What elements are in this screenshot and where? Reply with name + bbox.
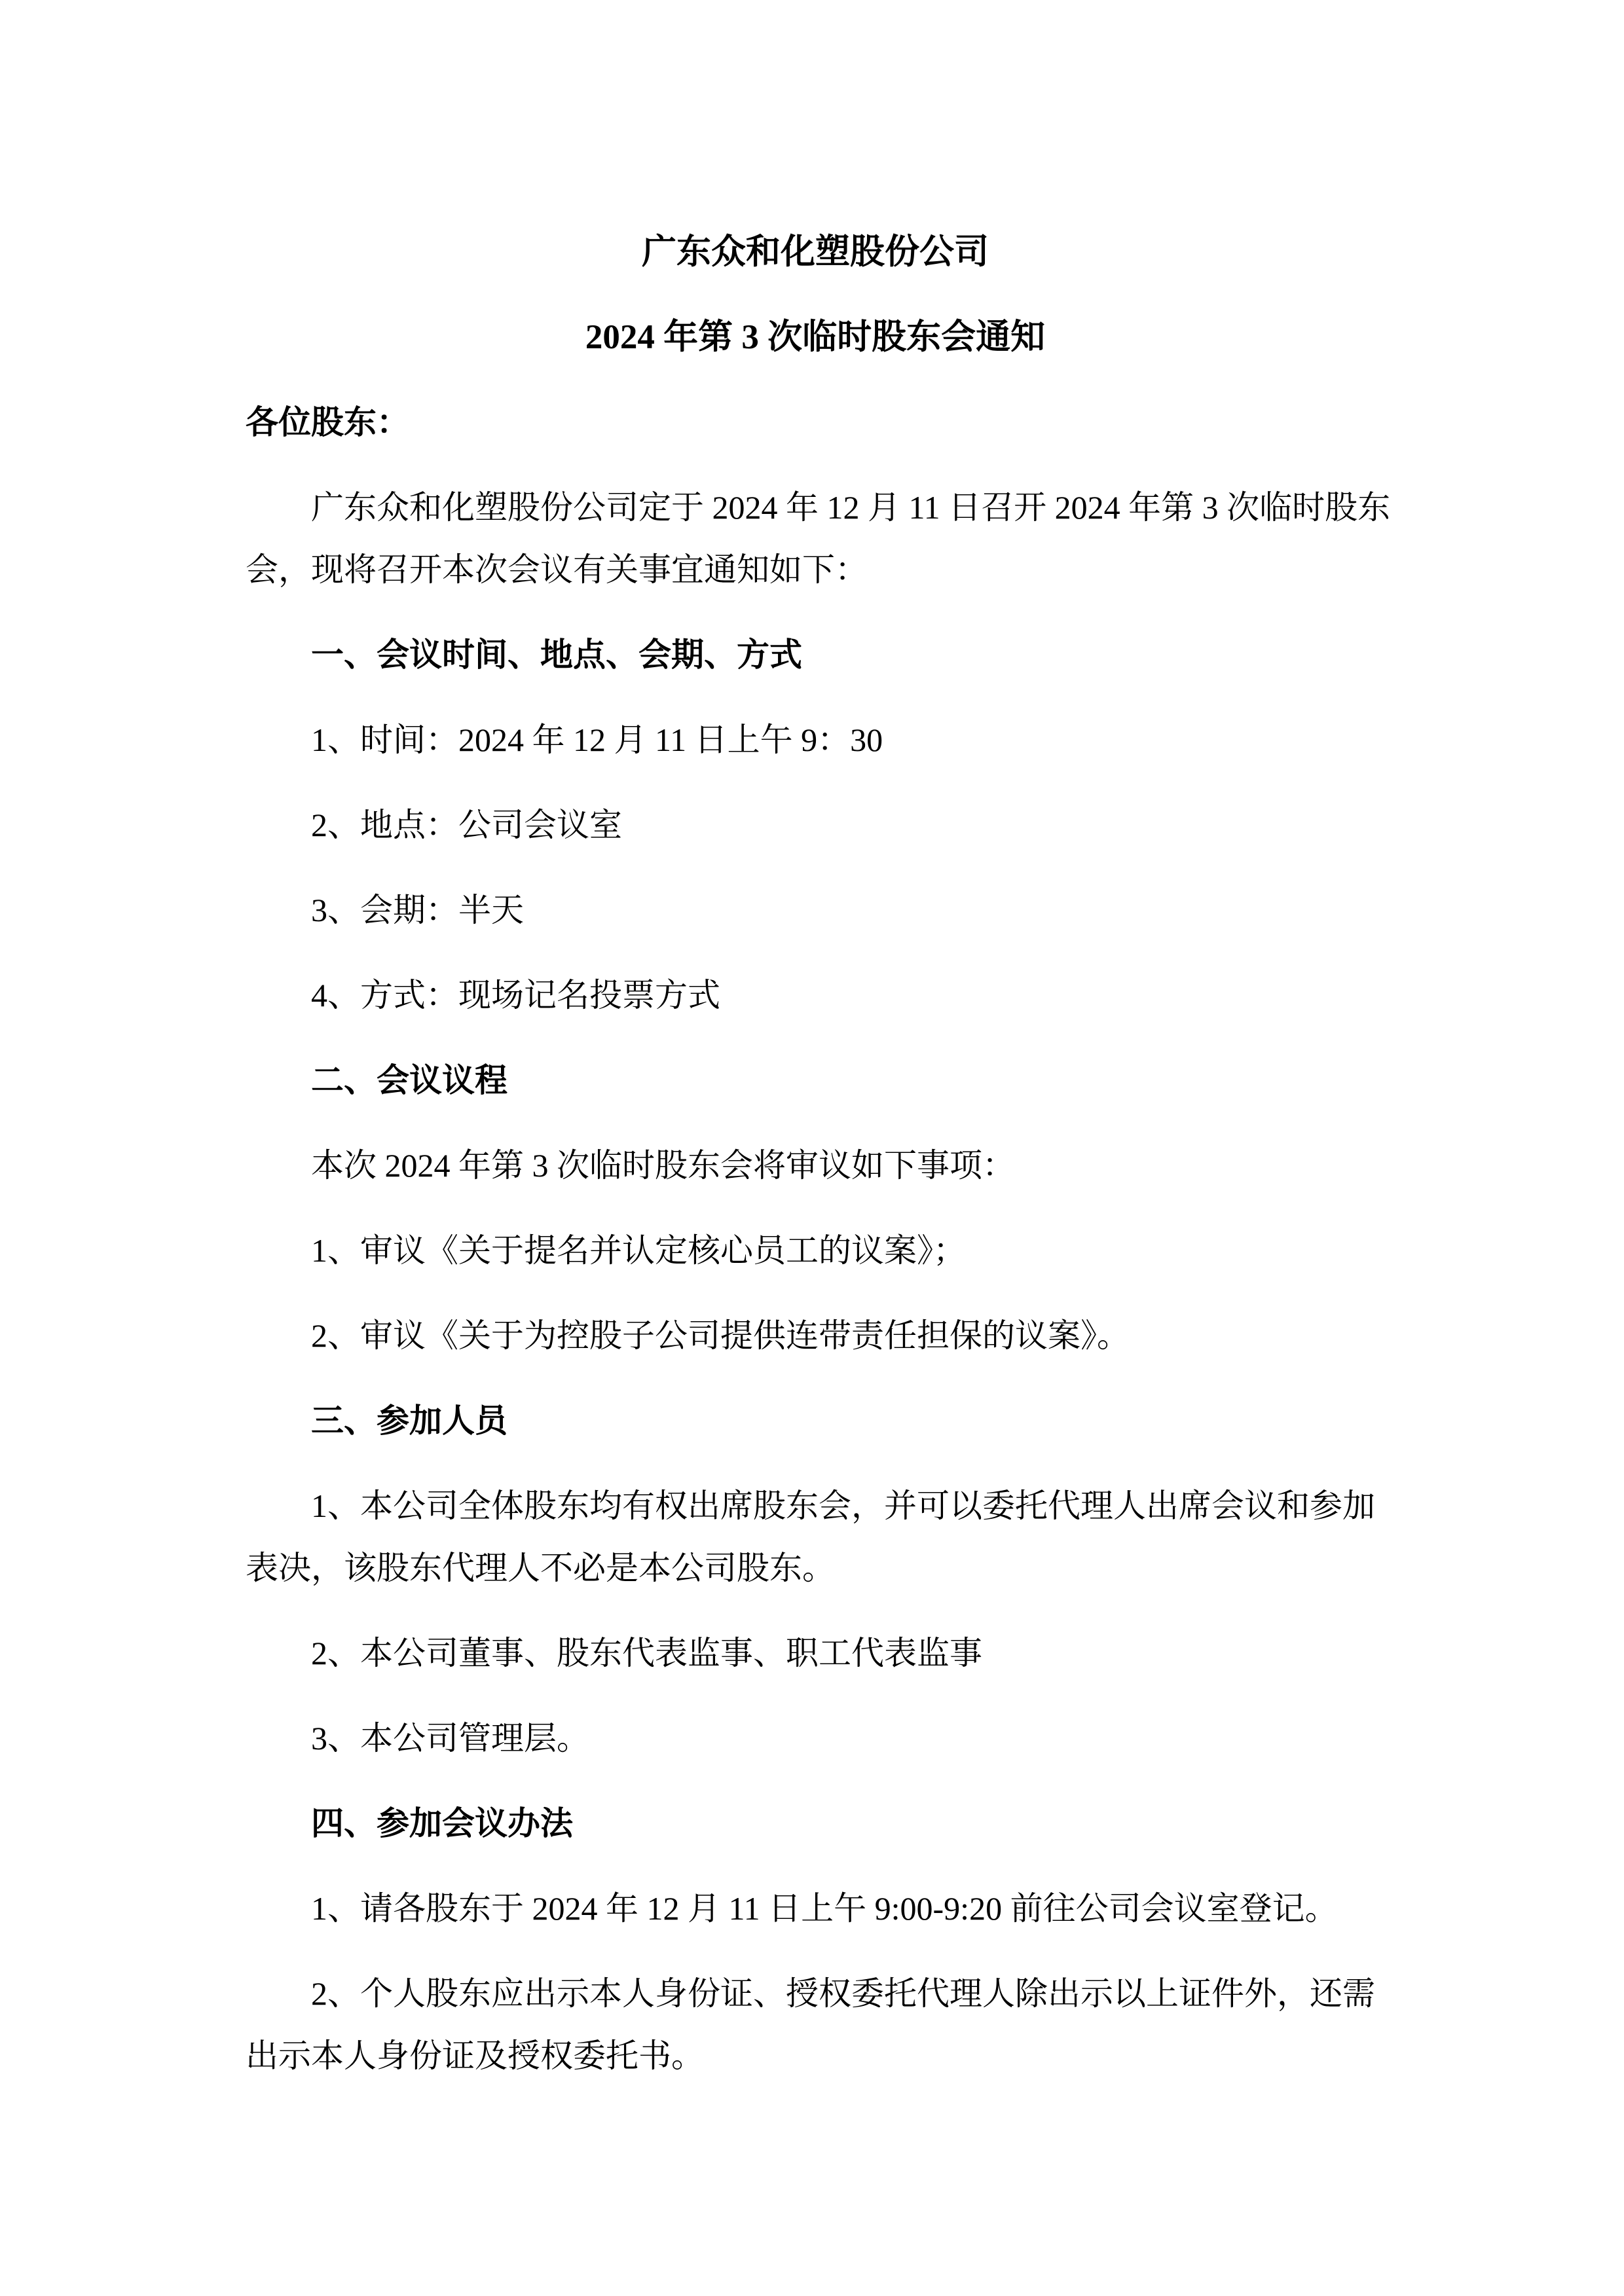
paragraph-line: 出示本人身份证及授权委托书。 [246, 2025, 1385, 2087]
list-item: 2、地点：公司会议室 [246, 794, 1385, 856]
document-title: 广东众和化塑股份公司 [246, 221, 1385, 283]
salutation: 各位股东： [246, 392, 1385, 454]
list-item: 4、方式：现场记名投票方式 [246, 964, 1385, 1027]
paragraph: 广东众和化塑股份公司定于 2024 年 12 月 11 日召开 2024 年第 … [246, 477, 1385, 601]
document-subtitle: 2024 年第 3 次临时股东会通知 [246, 306, 1385, 369]
paragraph-line: 2、个人股东应出示本人身份证、授权委托代理人除出示以上证件外，还需 [246, 1963, 1385, 2025]
paragraph-line: 表决，该股东代理人不必是本公司股东。 [246, 1537, 1385, 1599]
paragraph: 2、个人股东应出示本人身份证、授权委托代理人除出示以上证件外，还需出示本人身份证… [246, 1963, 1385, 2087]
paragraph-line: 1、本公司全体股东均有权出席股东会，并可以委托代理人出席会议和参加 [246, 1475, 1385, 1537]
list-item: 1、请各股东于 2024 年 12 月 11 日上午 9:00-9:20 前往公… [246, 1878, 1385, 1940]
document-body: 广东众和化塑股份公司定于 2024 年 12 月 11 日召开 2024 年第 … [246, 477, 1385, 2087]
list-item: 本次 2024 年第 3 次临时股东会将审议如下事项： [246, 1135, 1385, 1197]
paragraph: 1、本公司全体股东均有权出席股东会，并可以委托代理人出席会议和参加表决，该股东代… [246, 1475, 1385, 1599]
document-page: 广东众和化塑股份公司 2024 年第 3 次临时股东会通知 各位股东： 广东众和… [0, 0, 1624, 2296]
section-heading: 四、参加会议办法 [246, 1793, 1385, 1855]
section-heading: 一、会议时间、地点、会期、方式 [246, 624, 1385, 686]
list-item: 2、审议《关于为控股子公司提供连带责任担保的议案》。 [246, 1305, 1385, 1367]
paragraph-line: 广东众和化塑股份公司定于 2024 年 12 月 11 日召开 2024 年第 … [246, 477, 1385, 539]
list-item: 3、本公司管理层。 [246, 1707, 1385, 1770]
paragraph-line: 会，现将召开本次会议有关事宜通知如下： [246, 539, 1385, 601]
list-item: 1、时间：2024 年 12 月 11 日上午 9：30 [246, 709, 1385, 771]
list-item: 1、审议《关于提名并认定核心员工的议案》； [246, 1220, 1385, 1282]
section-heading: 三、参加人员 [246, 1390, 1385, 1452]
section-heading: 二、会议议程 [246, 1049, 1385, 1112]
list-item: 3、会期：半天 [246, 879, 1385, 941]
list-item: 2、本公司董事、股东代表监事、职工代表监事 [246, 1622, 1385, 1685]
